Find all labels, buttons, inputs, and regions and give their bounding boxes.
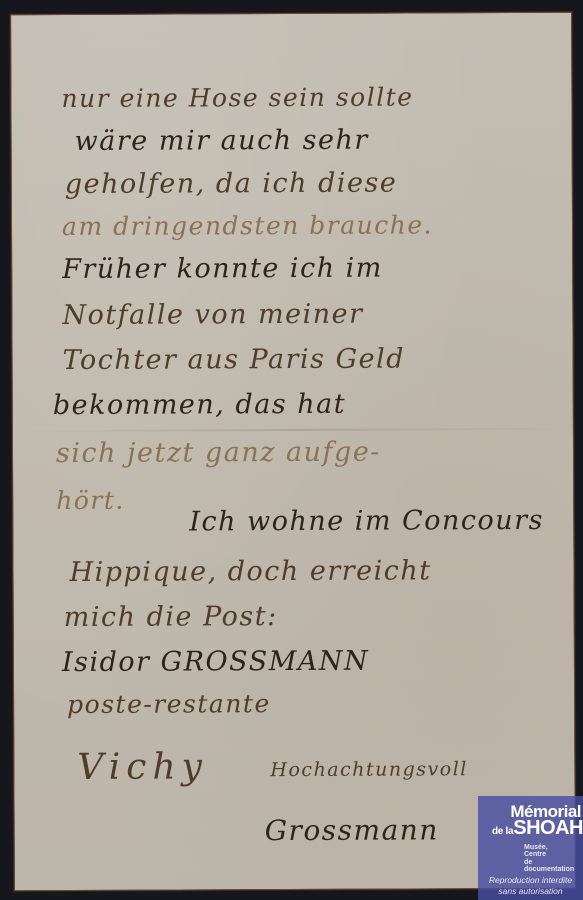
- sender-city: Vichy: [77, 746, 208, 788]
- reproduction-notice: Reproduction interdite sans autorisation: [478, 875, 583, 898]
- letter-page: nur eine Hose sein sollte wäre mir auch …: [10, 12, 576, 891]
- letter-line-2: wäre mir auch sehr: [75, 125, 369, 157]
- sender-name: Isidor GROSSMANN: [62, 646, 369, 678]
- memorial-shoah-logo: Mémorial de laSHOAH: [492, 804, 583, 838]
- archive-scan-background: nur eine Hose sein sollte wäre mir auch …: [0, 0, 583, 900]
- fold-crease: [13, 428, 573, 432]
- letter-line-3: geholfen, da ich diese: [65, 168, 398, 200]
- letter-line-4: am dringendsten brauche.: [62, 210, 433, 241]
- letter-line-5: Früher konnte ich im: [62, 253, 383, 285]
- letter-line-1: nur eine Hose sein sollte: [61, 82, 413, 113]
- closing-salutation: Hochachtungsvoll: [270, 758, 468, 781]
- memorial-shoah-watermark: Mémorial de laSHOAH Musée, Centre de doc…: [478, 796, 583, 900]
- letter-line-11: Ich wohne im Concours: [189, 505, 544, 538]
- signature: Grossmann: [265, 813, 439, 847]
- letter-line-12: Hippique, doch erreicht: [69, 555, 431, 588]
- sender-address-poste-restante: poste-restante: [67, 689, 271, 719]
- letter-line-8: bekommen, das hat: [53, 389, 346, 421]
- letter-line-13: mich die Post:: [64, 601, 278, 633]
- letter-line-6: Notfalle von meiner: [62, 299, 363, 331]
- letter-line-10: hört.: [56, 486, 125, 515]
- watermark-subtitle: Musée, Centre de documentation: [524, 844, 583, 873]
- letter-line-7: Tochter aus Paris Geld: [63, 344, 406, 376]
- letter-line-9: sich jetzt ganz aufge-: [56, 437, 381, 469]
